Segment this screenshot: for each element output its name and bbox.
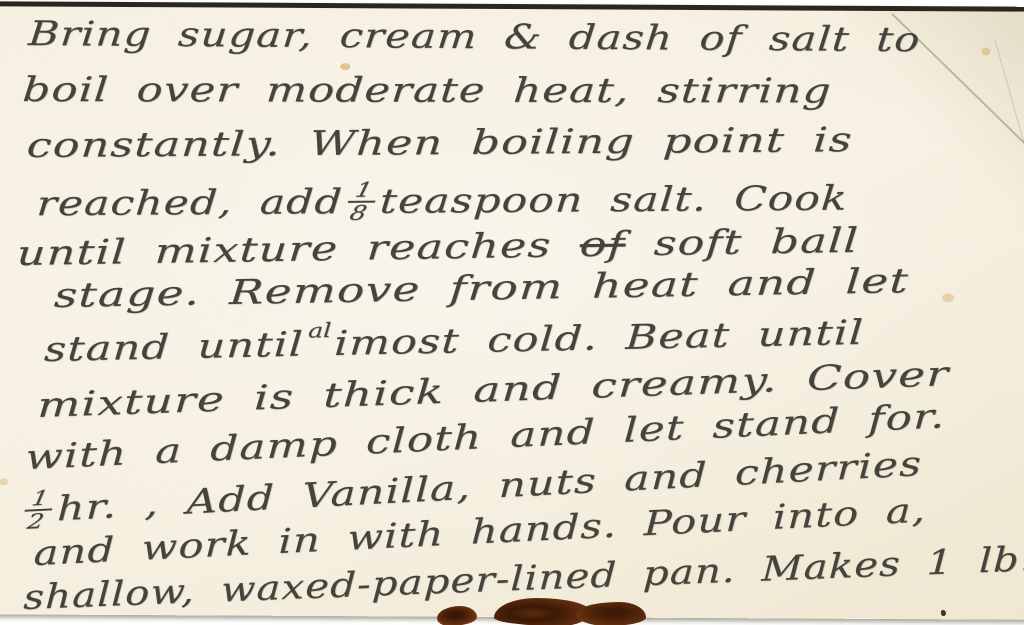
recipe-line-4: reached, add18teaspoon salt. Cook [35,177,849,225]
line-text [19,491,20,531]
line-text: reached, add [35,182,344,224]
recipe-line-1: Bring sugar, cream & dash of salt to [27,16,922,60]
handwritten-text: Bring sugar, cream & dash of salt to boi… [0,0,1024,625]
line-text: teaspoon salt. Cook [379,179,849,222]
ink-speck [941,610,946,616]
line-text: constantly. When boiling point is [26,120,854,166]
line-text: stand until [43,325,305,370]
stain-blob-small [437,606,477,625]
inserted-word: al [308,318,332,343]
fraction-one-eighth: 18 [343,181,380,224]
line-text: imost cold. Beat until [333,313,864,364]
line-text: until mixture reaches [16,225,581,274]
stain-blob-edge [576,602,646,625]
fraction-one-half: 12 [20,488,56,533]
line-text: boil over moderate heat, stirring [21,70,833,111]
line-text: soft ball [624,221,860,265]
line-text: Bring sugar, cream & dash of salt to [27,14,922,60]
recipe-line-2: boil over moderate heat, stirring [21,72,833,111]
struck-word: of [579,224,627,265]
recipe-line-3: constantly. When boiling point is [26,122,854,165]
